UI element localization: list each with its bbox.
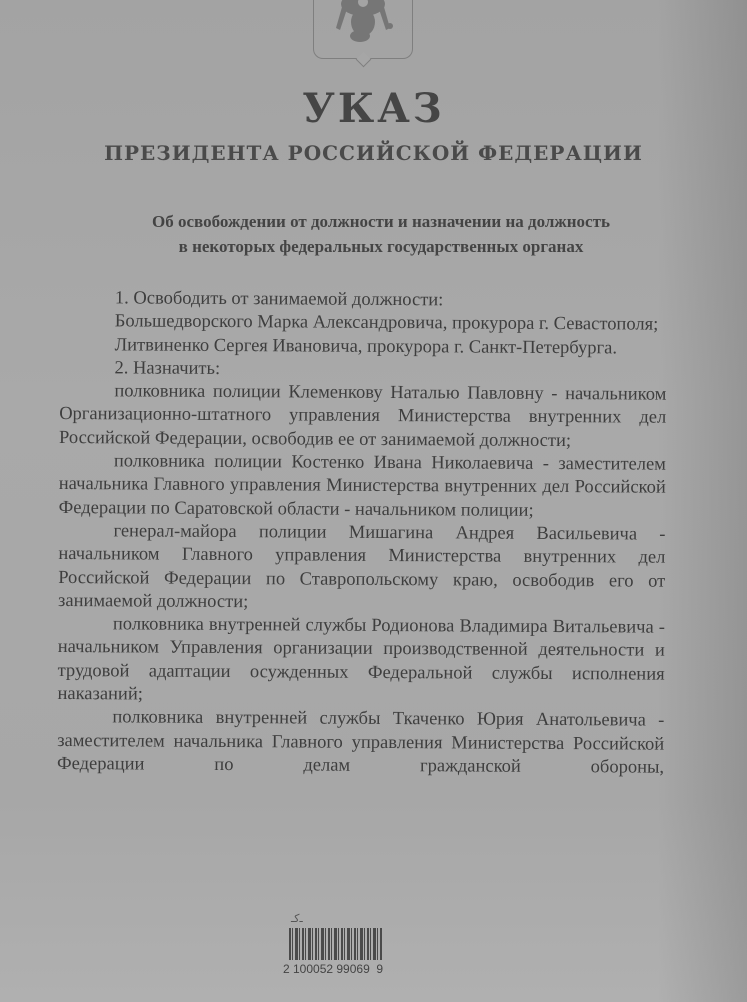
paragraph-appoint-item: полковника полиции Костенко Ивана Никола…	[59, 450, 666, 524]
document-subtitle: ПРЕЗИДЕНТА РОССИЙСКОЙ ФЕДЕРАЦИИ	[0, 141, 747, 165]
paragraph-appoint-item: генерал-майора полиции Мишагина Андрея В…	[58, 520, 666, 617]
document-body: 1. Освободить от занимаемой должности: Б…	[57, 287, 667, 780]
paragraph-release-item: Литвиненко Сергея Ивановича, прокурора г…	[60, 334, 667, 361]
document-page: УКАЗ ПРЕЗИДЕНТА РОССИЙСКОЙ ФЕДЕРАЦИИ Об …	[0, 0, 747, 1002]
paragraph-release-item: Большедворского Марка Александровича, пр…	[60, 310, 667, 337]
paragraph-appoint-item: полковника полиции Клеменкову Наталью Па…	[59, 380, 666, 454]
double-headed-eagle-icon	[314, 0, 412, 54]
barcode: ـﻛـ 2 100052 99069 9	[283, 910, 393, 980]
heading-line-1: Об освобождении от должности и назначени…	[86, 209, 676, 234]
barcode-mark: ـﻛـ	[291, 912, 303, 925]
paragraph-appoint-item: полковника внутренней службы Ткаченко Юр…	[57, 706, 664, 780]
heading-line-2: в некоторых федеральных государственных …	[86, 234, 676, 259]
barcode-number: 2 100052 99069 9	[283, 962, 383, 976]
paragraph-appoint-item: полковника внутренней службы Родионова В…	[57, 613, 665, 710]
document-heading: Об освобождении от должности и назначени…	[86, 209, 676, 259]
document-title: УКАЗ	[0, 85, 747, 132]
emblem-shield-tip	[356, 52, 372, 68]
barcode-bars-icon	[289, 928, 382, 960]
coat-of-arms-icon	[313, 0, 413, 59]
